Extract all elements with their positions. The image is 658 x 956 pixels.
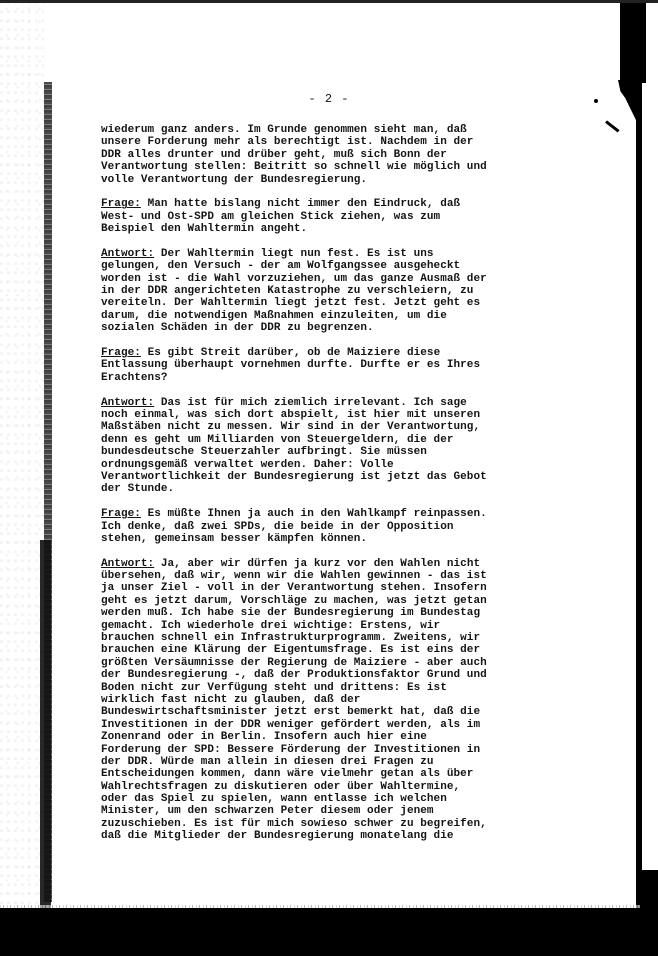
scan-right-edge: [636, 120, 642, 880]
text-line: Entscheidungen kommen, dann wäre vielmeh…: [101, 768, 541, 780]
scan-noise-left: [0, 0, 44, 956]
speaker-label: Frage:: [101, 198, 141, 210]
speaker-label: Frage:: [101, 347, 141, 359]
text-line: noch einmal, was sich dort abspielt, ist…: [101, 409, 541, 421]
text-line: worden ist - die Wahl vorzuziehen, um da…: [101, 273, 541, 285]
line-text: Es gibt Streit darüber, ob de Maiziere d…: [141, 347, 440, 359]
text-line: Frage: Es müßte Ihnen ja auch in den Wah…: [101, 508, 541, 520]
line-text: Man hatte bislang nicht immer den Eindru…: [141, 198, 460, 210]
text-line: der DDR. Würde man allein in diesen drei…: [101, 756, 541, 768]
speaker-label: Frage:: [101, 508, 141, 520]
text-line: Ich denke, daß zwei SPDs, die beide in d…: [101, 521, 541, 533]
document-body: wiederum ganz anders. Im Grunde genommen…: [101, 124, 541, 855]
speaker-label: Antwort:: [101, 397, 154, 409]
text-line: Erachtens?: [101, 372, 541, 384]
text-line: Minister, um den schwarzen Peter diesem …: [101, 805, 541, 817]
text-line: unsere Forderung mehr als berechtigt ist…: [101, 136, 541, 148]
text-line: sozialen Schäden in der DDR zu begrenzen…: [101, 322, 541, 334]
text-line: Investitionen in der DDR weniger geförde…: [101, 719, 541, 731]
text-line: vereiteln. Der Wahltermin liegt jetzt fe…: [101, 297, 541, 309]
text-line: gelungen, den Versuch - der am Wolfgangs…: [101, 260, 541, 272]
text-line: DDR alles drunter und drüber geht, muß s…: [101, 149, 541, 161]
text-line: wiederum ganz anders. Im Grunde genommen…: [101, 124, 541, 136]
text-line: Frage: Es gibt Streit darüber, ob de Mai…: [101, 347, 541, 359]
answer-paragraph: Antwort: Ja, aber wir dürfen ja kurz vor…: [101, 558, 541, 843]
text-line: geht es jetzt darum, Vorschläge zu mache…: [101, 595, 541, 607]
text-line: daß die Mitglieder der Bundesregierung m…: [101, 830, 541, 842]
text-line: Verantwortung stellen: Beitritt so schne…: [101, 161, 541, 173]
text-line: größten Versäumnisse der Regierung de Ma…: [101, 657, 541, 669]
text-line: Beispiel den Wahltermin angeht.: [101, 223, 541, 235]
text-line: Boden nicht zur Verfügung steht und drit…: [101, 682, 541, 694]
text-line: werden muß. Ich habe sie der Bundesregie…: [101, 607, 541, 619]
text-line: Verantwortlichkeit der Bundesregierung i…: [101, 471, 541, 483]
text-line: bundesdeutsche Steuerzahler aufbringt. S…: [101, 446, 541, 458]
text-line: Antwort: Ja, aber wir dürfen ja kurz vor…: [101, 558, 541, 570]
scan-binding-shadow-lower: [40, 540, 51, 910]
text-line: oder das Spiel zu spielen, wann entlasse…: [101, 793, 541, 805]
text-line: Wahlrechtsfragen zu diskutieren oder übe…: [101, 781, 541, 793]
text-line: in der DDR angerichteten Katastrophe zu …: [101, 285, 541, 297]
text-line: der Bundesregierung -, daß der Produktio…: [101, 669, 541, 681]
line-text: Es müßte Ihnen ja auch in den Wahlkampf …: [141, 508, 487, 520]
speaker-label: Antwort:: [101, 248, 154, 260]
line-text: Das ist für mich ziemlich irrelevant. Ic…: [154, 397, 467, 409]
text-line: ja unser Ziel - voll in der Verantwortun…: [101, 582, 541, 594]
text-line: Bundeswirtschaftsminister jetzt erst bem…: [101, 706, 541, 718]
text-line: Zonenrand oder in Berlin. Insofern auch …: [101, 731, 541, 743]
question-paragraph: Frage: Es gibt Streit darüber, ob de Mai…: [101, 347, 541, 384]
text-line: zuzuschieben. Es ist für mich sowieso sc…: [101, 818, 541, 830]
page-number-text: - 2 -: [308, 92, 349, 106]
text-line: volle Verantwortung der Bundesregierung.: [101, 174, 541, 186]
text-line: wirklich fast nicht zu glauben, daß der: [101, 694, 541, 706]
question-paragraph: Frage: Es müßte Ihnen ja auch in den Wah…: [101, 508, 541, 545]
line-text: Der Wahltermin liegt nun fest. Es ist un…: [154, 248, 433, 260]
text-line: Maßstäben nicht zu messen. Wir sind in d…: [101, 421, 541, 433]
continuation-paragraph: wiederum ganz anders. Im Grunde genommen…: [101, 124, 541, 186]
page-number: - 2 -: [0, 92, 658, 106]
text-line: brauchen schnell ein Infrastrukturprogra…: [101, 632, 541, 644]
text-line: West- und Ost-SPD am gleichen Stick zieh…: [101, 211, 541, 223]
text-line: Antwort: Das ist für mich ziemlich irrel…: [101, 397, 541, 409]
answer-paragraph: Antwort: Das ist für mich ziemlich irrel…: [101, 397, 541, 496]
text-line: gemacht. Ich wiederhole drei wichtige: E…: [101, 620, 541, 632]
text-line: ordnungsgemäß verwaltet werden. Daher: V…: [101, 459, 541, 471]
text-line: darum, die notwendigen Maßnahmen einzule…: [101, 310, 541, 322]
text-line: denn es geht um Milliarden von Steuergel…: [101, 434, 541, 446]
text-line: übersehen, daß wir, wenn wir die Wahlen …: [101, 570, 541, 582]
text-line: der Stunde.: [101, 483, 541, 495]
text-line: Antwort: Der Wahltermin liegt nun fest. …: [101, 248, 541, 260]
scan-bottom-edge: [0, 908, 658, 956]
line-text: Ja, aber wir dürfen ja kurz vor den Wahl…: [154, 558, 480, 570]
answer-paragraph: Antwort: Der Wahltermin liegt nun fest. …: [101, 248, 541, 335]
text-line: stehen, gemeinsam besser kämpfen können.: [101, 533, 541, 545]
question-paragraph: Frage: Man hatte bislang nicht immer den…: [101, 198, 541, 235]
scan-right-edge-top: [620, 3, 646, 83]
text-line: Forderung der SPD: Bessere Förderung der…: [101, 744, 541, 756]
text-line: Entlassung überhaupt vornehmen durfte. D…: [101, 359, 541, 371]
speaker-label: Antwort:: [101, 558, 154, 570]
scan-top-edge: [0, 0, 658, 3]
text-line: Frage: Man hatte bislang nicht immer den…: [101, 198, 541, 210]
text-line: brauchen eine Klärung der Eigentumsfrage…: [101, 644, 541, 656]
scan-mark: [605, 120, 619, 132]
